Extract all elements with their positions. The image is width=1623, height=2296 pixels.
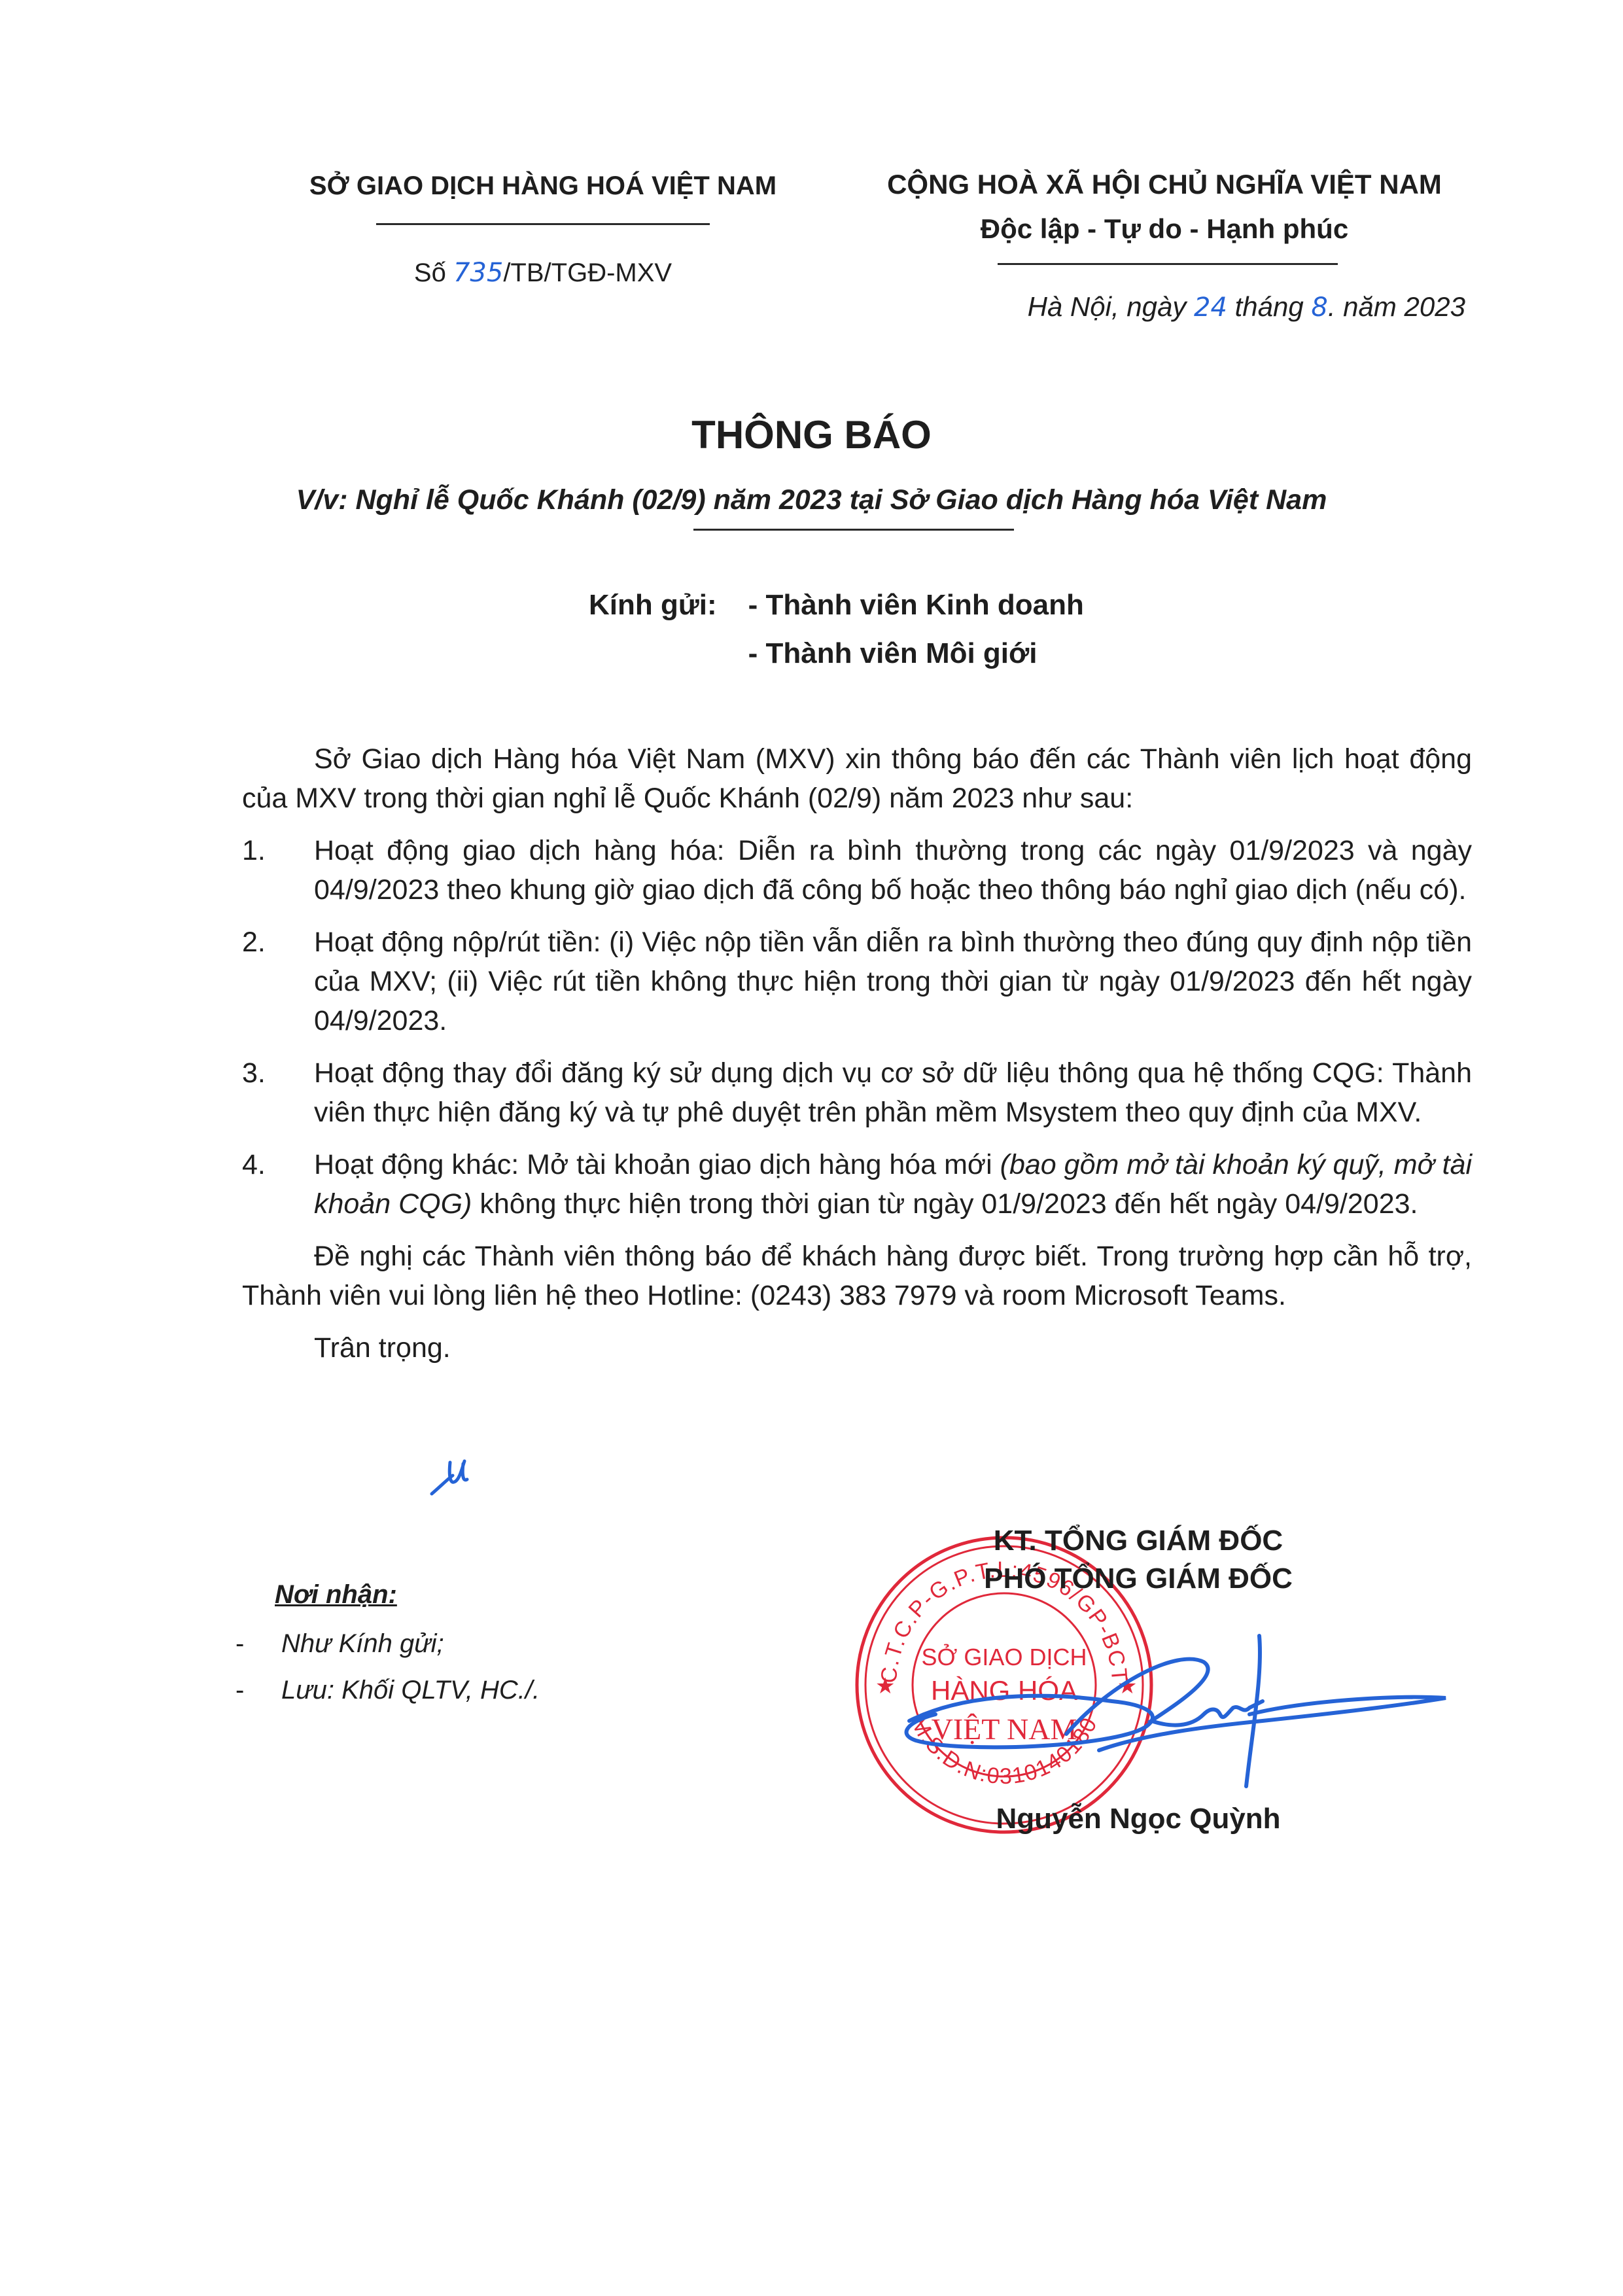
distribution-item: -Lưu: Khối QLTV, HC./.: [275, 1676, 540, 1705]
svg-text:★: ★: [875, 1674, 895, 1699]
signer-role-1: KT. TỔNG GIÁM ĐỐC: [903, 1525, 1374, 1557]
divider: [693, 529, 1014, 531]
request-paragraph: Đề nghị các Thành viên thông báo để khác…: [242, 1237, 1472, 1315]
signer-name: Nguyễn Ngọc Quỳnh: [903, 1803, 1374, 1835]
divider: [376, 223, 710, 225]
distribution-item: -Như Kính gửi;: [275, 1629, 540, 1659]
divider: [998, 263, 1338, 265]
distribution-list: Nơi nhận: -Như Kính gửi; -Lưu: Khối QLTV…: [275, 1580, 540, 1722]
document-title: THÔNG BÁO: [0, 412, 1623, 457]
intro-paragraph: Sở Giao dịch Hàng hóa Việt Nam (MXV) xin…: [242, 739, 1472, 818]
handwritten-number: 735: [453, 258, 503, 288]
document-body: Sở Giao dịch Hàng hóa Việt Nam (MXV) xin…: [242, 739, 1472, 1368]
distribution-heading: Nơi nhận:: [275, 1580, 540, 1610]
signer-role-2: PHÓ TỔNG GIÁM ĐỐC: [903, 1563, 1374, 1595]
signature-icon: [896, 1623, 1459, 1793]
handwritten-day: 24: [1194, 292, 1227, 323]
list-item: 2. Hoạt động nộp/rút tiền: (i) Việc nộp …: [242, 923, 1472, 1040]
closing-text: Trân trọng.: [314, 1328, 1472, 1368]
list-item: 3. Hoạt động thay đổi đăng ký sử dụng dị…: [242, 1053, 1472, 1132]
document-number: Số 735/TB/TGĐ-MXV: [249, 258, 837, 288]
national-motto: Độc lập - Tự do - Hạnh phúc: [837, 213, 1492, 245]
organization-name: SỞ GIAO DỊCH HÀNG HOÁ VIỆT NAM: [249, 171, 837, 201]
issuer-block: SỞ GIAO DỊCH HÀNG HOÁ VIỆT NAM Số 735/TB…: [249, 171, 837, 288]
national-header: CỘNG HOÀ XÃ HỘI CHỦ NGHĨA VIỆT NAM Độc l…: [837, 169, 1492, 323]
nation-name: CỘNG HOÀ XÃ HỘI CHỦ NGHĨA VIỆT NAM: [837, 169, 1492, 200]
handwritten-month: 8: [1311, 292, 1327, 323]
list-item: 4. Hoạt động khác: Mở tài khoản giao dịc…: [242, 1145, 1472, 1224]
signature-block: KT. TỔNG GIÁM ĐỐC PHÓ TỔNG GIÁM ĐỐC: [903, 1525, 1374, 1595]
date-line: Hà Nội, ngày 24 tháng 8. năm 2023: [837, 291, 1492, 323]
recipients-label: Kính gửi:: [589, 589, 748, 637]
recipient-item: - Thành viên Môi giới: [748, 637, 1084, 686]
document-subject: V/v: Nghỉ lễ Quốc Khánh (02/9) năm 2023 …: [0, 484, 1623, 516]
list-item: 1. Hoạt động giao dịch hàng hóa: Diễn ra…: [242, 831, 1472, 910]
recipients-block: Kính gửi: - Thành viên Kinh doanh - Thàn…: [589, 589, 1084, 686]
initial-mark-icon: [425, 1449, 478, 1502]
recipient-item: - Thành viên Kinh doanh: [748, 589, 1084, 637]
